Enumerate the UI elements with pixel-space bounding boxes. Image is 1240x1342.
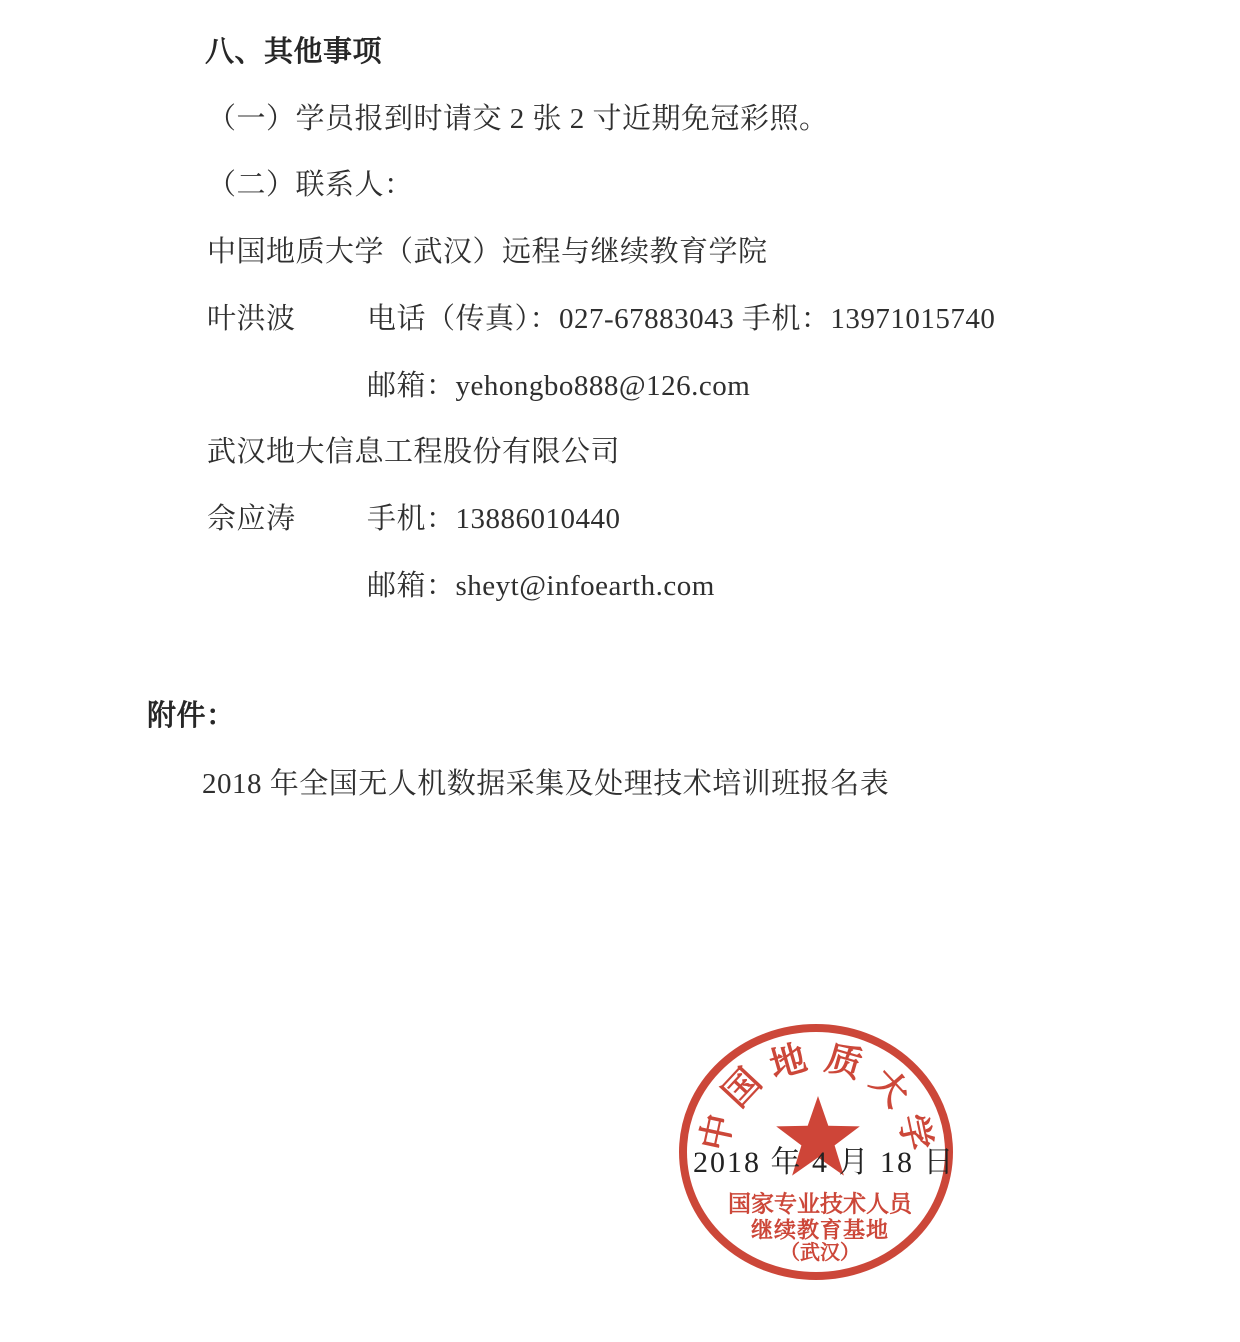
section-heading: 八、其他事项	[205, 36, 382, 69]
org2-phone: 手机：13886010440	[367, 503, 621, 536]
seal-arc-char: 质	[821, 1038, 867, 1086]
attachment-label: 附件：	[147, 700, 236, 733]
seal-org-line1: 国家专业技术人员	[728, 1191, 914, 1217]
org1-contact-name: 叶洪波	[207, 303, 296, 336]
seal-arc-char: 地	[765, 1038, 811, 1086]
seal-arc-char: 大	[863, 1061, 917, 1115]
org1-email: 邮箱：yehongbo888@126.com	[367, 370, 750, 403]
seal-arc-char: 国	[715, 1061, 769, 1115]
org2-contact-name: 佘应涛	[207, 503, 296, 536]
org1-name: 中国地质大学（武汉）远程与继续教育学院	[207, 236, 768, 269]
seal-org-line2: 继续教育基地	[751, 1218, 889, 1243]
issue-date: 2018 年 4 月 18 日	[693, 1146, 956, 1181]
org2-name: 武汉地大信息工程股份有限公司	[207, 436, 620, 469]
org1-phone: 电话（传真）：027-67883043 手机：13971015740	[367, 303, 995, 336]
seal-org-line3: （武汉）	[780, 1240, 860, 1264]
org2-email: 邮箱：sheyt@infoearth.com	[367, 570, 715, 603]
item-contacts-label: （二）联系人：	[207, 169, 414, 202]
item-photo-requirement: （一）学员报到时请交 2 张 2 寸近期免冠彩照。	[207, 103, 829, 136]
document-page: 八、其他事项 （一）学员报到时请交 2 张 2 寸近期免冠彩照。 （二）联系人：…	[0, 0, 1240, 1342]
attachment-title: 2018 年全国无人机数据采集及处理技术培训班报名表	[202, 768, 889, 801]
